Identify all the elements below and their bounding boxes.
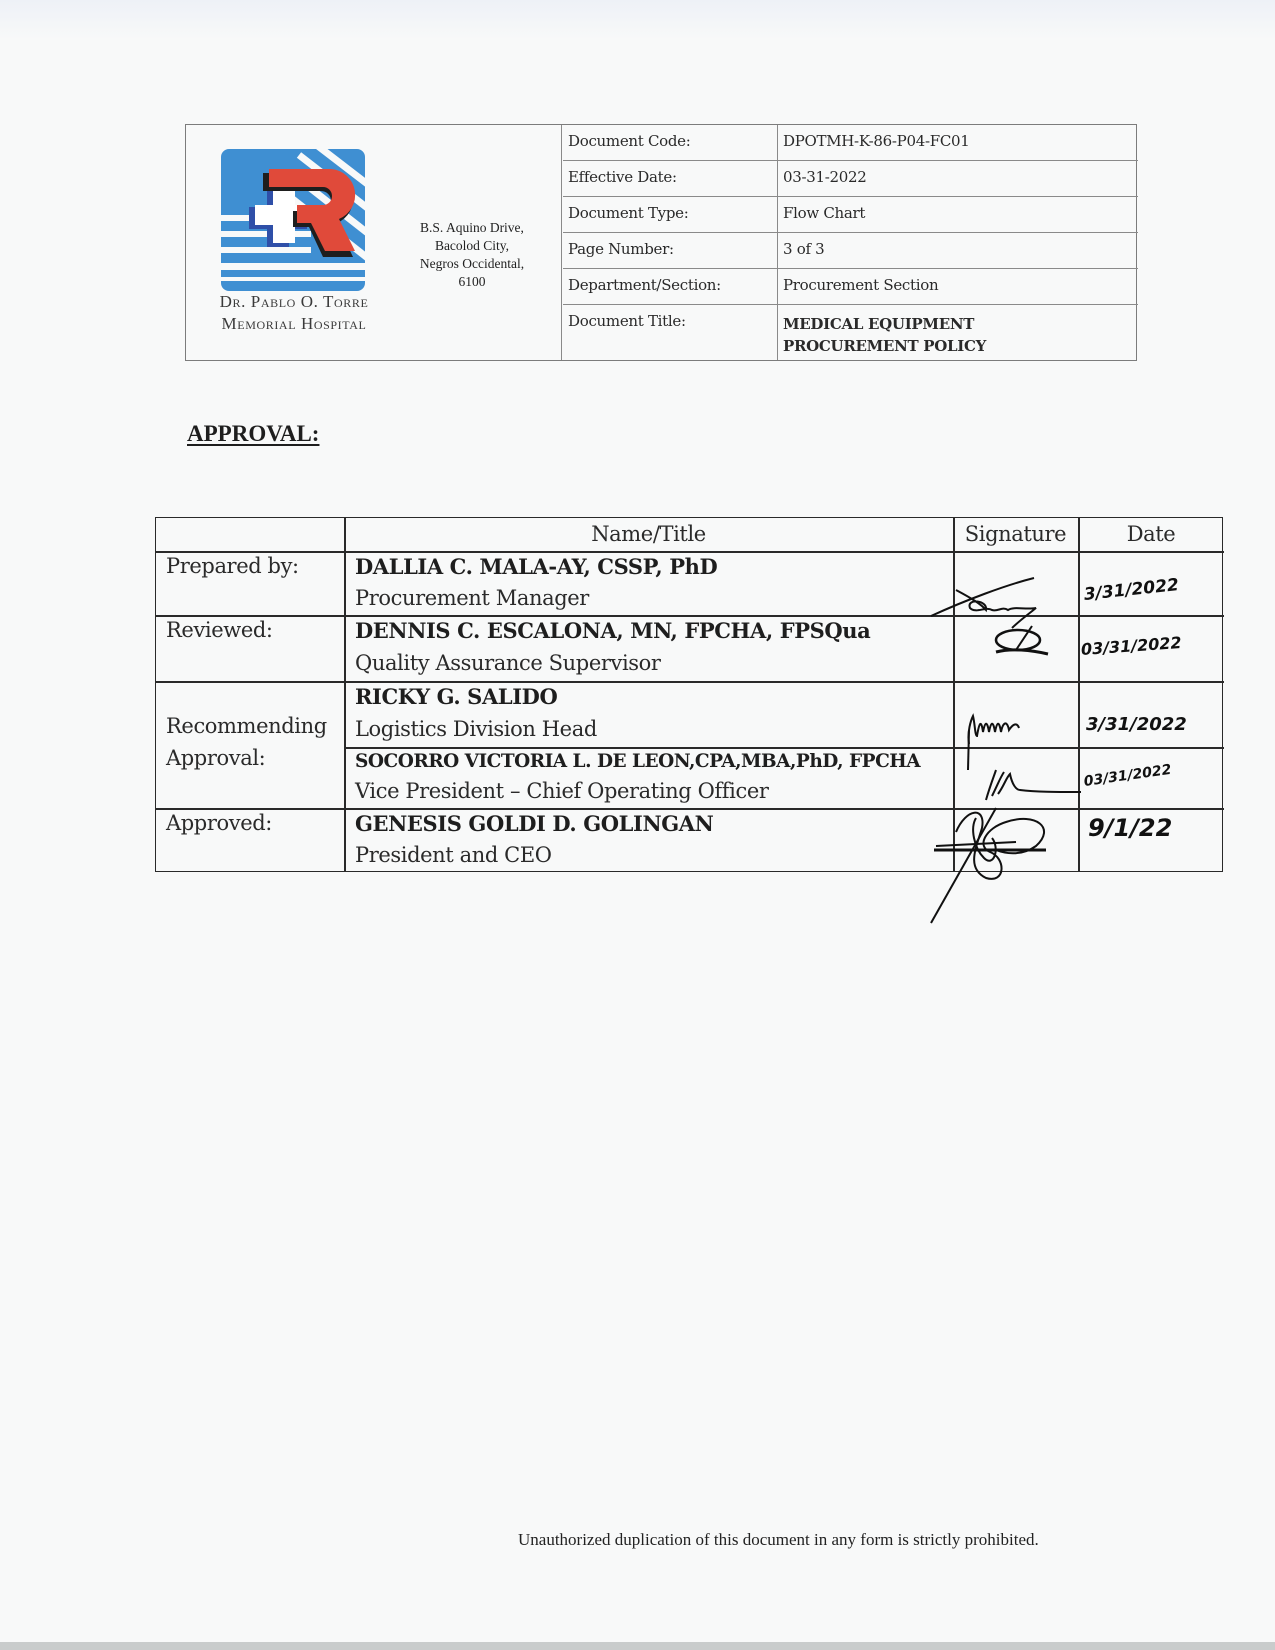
hospital-name-line1: Dr. Pablo O. Torre [194, 291, 394, 313]
signatory-title: Logistics Division Head [355, 717, 597, 741]
signatory-title: Vice President – Chief Operating Officer [355, 779, 769, 803]
role-label: Approved: [166, 811, 272, 835]
document-title-value: MEDICAL EQUIPMENT PROCUREMENT POLICY [783, 305, 986, 368]
role-label: Prepared by: [166, 554, 299, 578]
field-document-type: Document Type: Flow Chart [563, 197, 1138, 233]
address-line2: Bacolod City, [398, 237, 546, 255]
row-divider [344, 747, 1224, 749]
signatory-name: RICKY G. SALIDO [355, 684, 557, 709]
hospital-address: B.S. Aquino Drive, Bacolod City, Negros … [398, 219, 546, 291]
hospital-name-line2: Memorial Hospital [194, 313, 394, 335]
signature-mark [926, 798, 1086, 928]
field-label: Department/Section: [563, 269, 778, 304]
signatory-name: DALLIA C. MALA-AY, CSSP, PhD [355, 554, 717, 579]
handwritten-date: 03/31/2022 [1083, 762, 1173, 790]
signatory-name: SOCORRO VICTORIA L. DE LEON,CPA,MBA,PhD,… [355, 751, 920, 772]
role-label-line2: Approval: [166, 746, 265, 770]
role-label-line1: Recommending [166, 714, 327, 738]
row-divider [156, 681, 1224, 683]
field-document-title: Document Title: MEDICAL EQUIPMENT PROCUR… [563, 305, 1138, 360]
hospital-identity-cell: Dr. Pablo O. Torre Memorial Hospital B.S… [186, 125, 562, 360]
approval-heading: APPROVAL: [187, 421, 319, 447]
address-line3: Negros Occidental, [398, 255, 546, 273]
signature-mark [926, 570, 1056, 620]
field-label: Effective Date: [563, 161, 778, 196]
field-effective-date: Effective Date: 03-31-2022 [563, 161, 1138, 197]
signatory-name: DENNIS C. ESCALONA, MN, FPCHA, FPSQua [355, 618, 870, 643]
signatory-title: President and CEO [355, 843, 552, 867]
column-header-date: Date [1078, 522, 1224, 546]
address-line1: B.S. Aquino Drive, [398, 219, 546, 237]
approval-table: Name/Title Signature Date Prepared by: D… [155, 517, 1223, 872]
handwritten-date: 3/31/2022 [1083, 575, 1180, 605]
scan-shading [0, 0, 1275, 40]
column-header-name-title: Name/Title [344, 522, 953, 546]
field-department-section: Department/Section: Procurement Section [563, 269, 1138, 305]
field-label: Document Title: [563, 305, 778, 360]
row-divider [156, 615, 1224, 617]
handwritten-date: 03/31/2022 [1080, 633, 1182, 659]
column-divider [344, 518, 346, 871]
signatory-title: Quality Assurance Supervisor [355, 651, 661, 675]
signatory-name: GENESIS GOLDI D. GOLINGAN [355, 811, 713, 836]
scan-edge-strip [0, 1642, 1275, 1650]
row-divider [156, 551, 1224, 553]
duplication-notice: Unauthorized duplication of this documen… [518, 1530, 1039, 1550]
field-label: Document Code: [563, 125, 778, 160]
field-label: Page Number: [563, 233, 778, 268]
address-line4: 6100 [398, 273, 546, 291]
document-header-table: Dr. Pablo O. Torre Memorial Hospital B.S… [185, 124, 1137, 361]
role-label: Reviewed: [166, 618, 273, 642]
signature-mark [986, 620, 1056, 660]
field-document-code: Document Code: DPOTMH-K-86-P04-FC01 [563, 125, 1138, 161]
field-page-number: Page Number: 3 of 3 [563, 233, 1138, 269]
field-label: Document Type: [563, 197, 778, 232]
document-title-line1: MEDICAL EQUIPMENT [783, 313, 986, 335]
column-header-signature: Signature [953, 522, 1078, 546]
document-title-line2: PROCUREMENT POLICY [783, 335, 986, 357]
handwritten-date: 3/31/2022 [1086, 714, 1187, 735]
hospital-logo-cross-r-icon [219, 147, 367, 295]
signatory-title: Procurement Manager [355, 586, 589, 610]
handwritten-date: 9/1/22 [1088, 814, 1172, 842]
